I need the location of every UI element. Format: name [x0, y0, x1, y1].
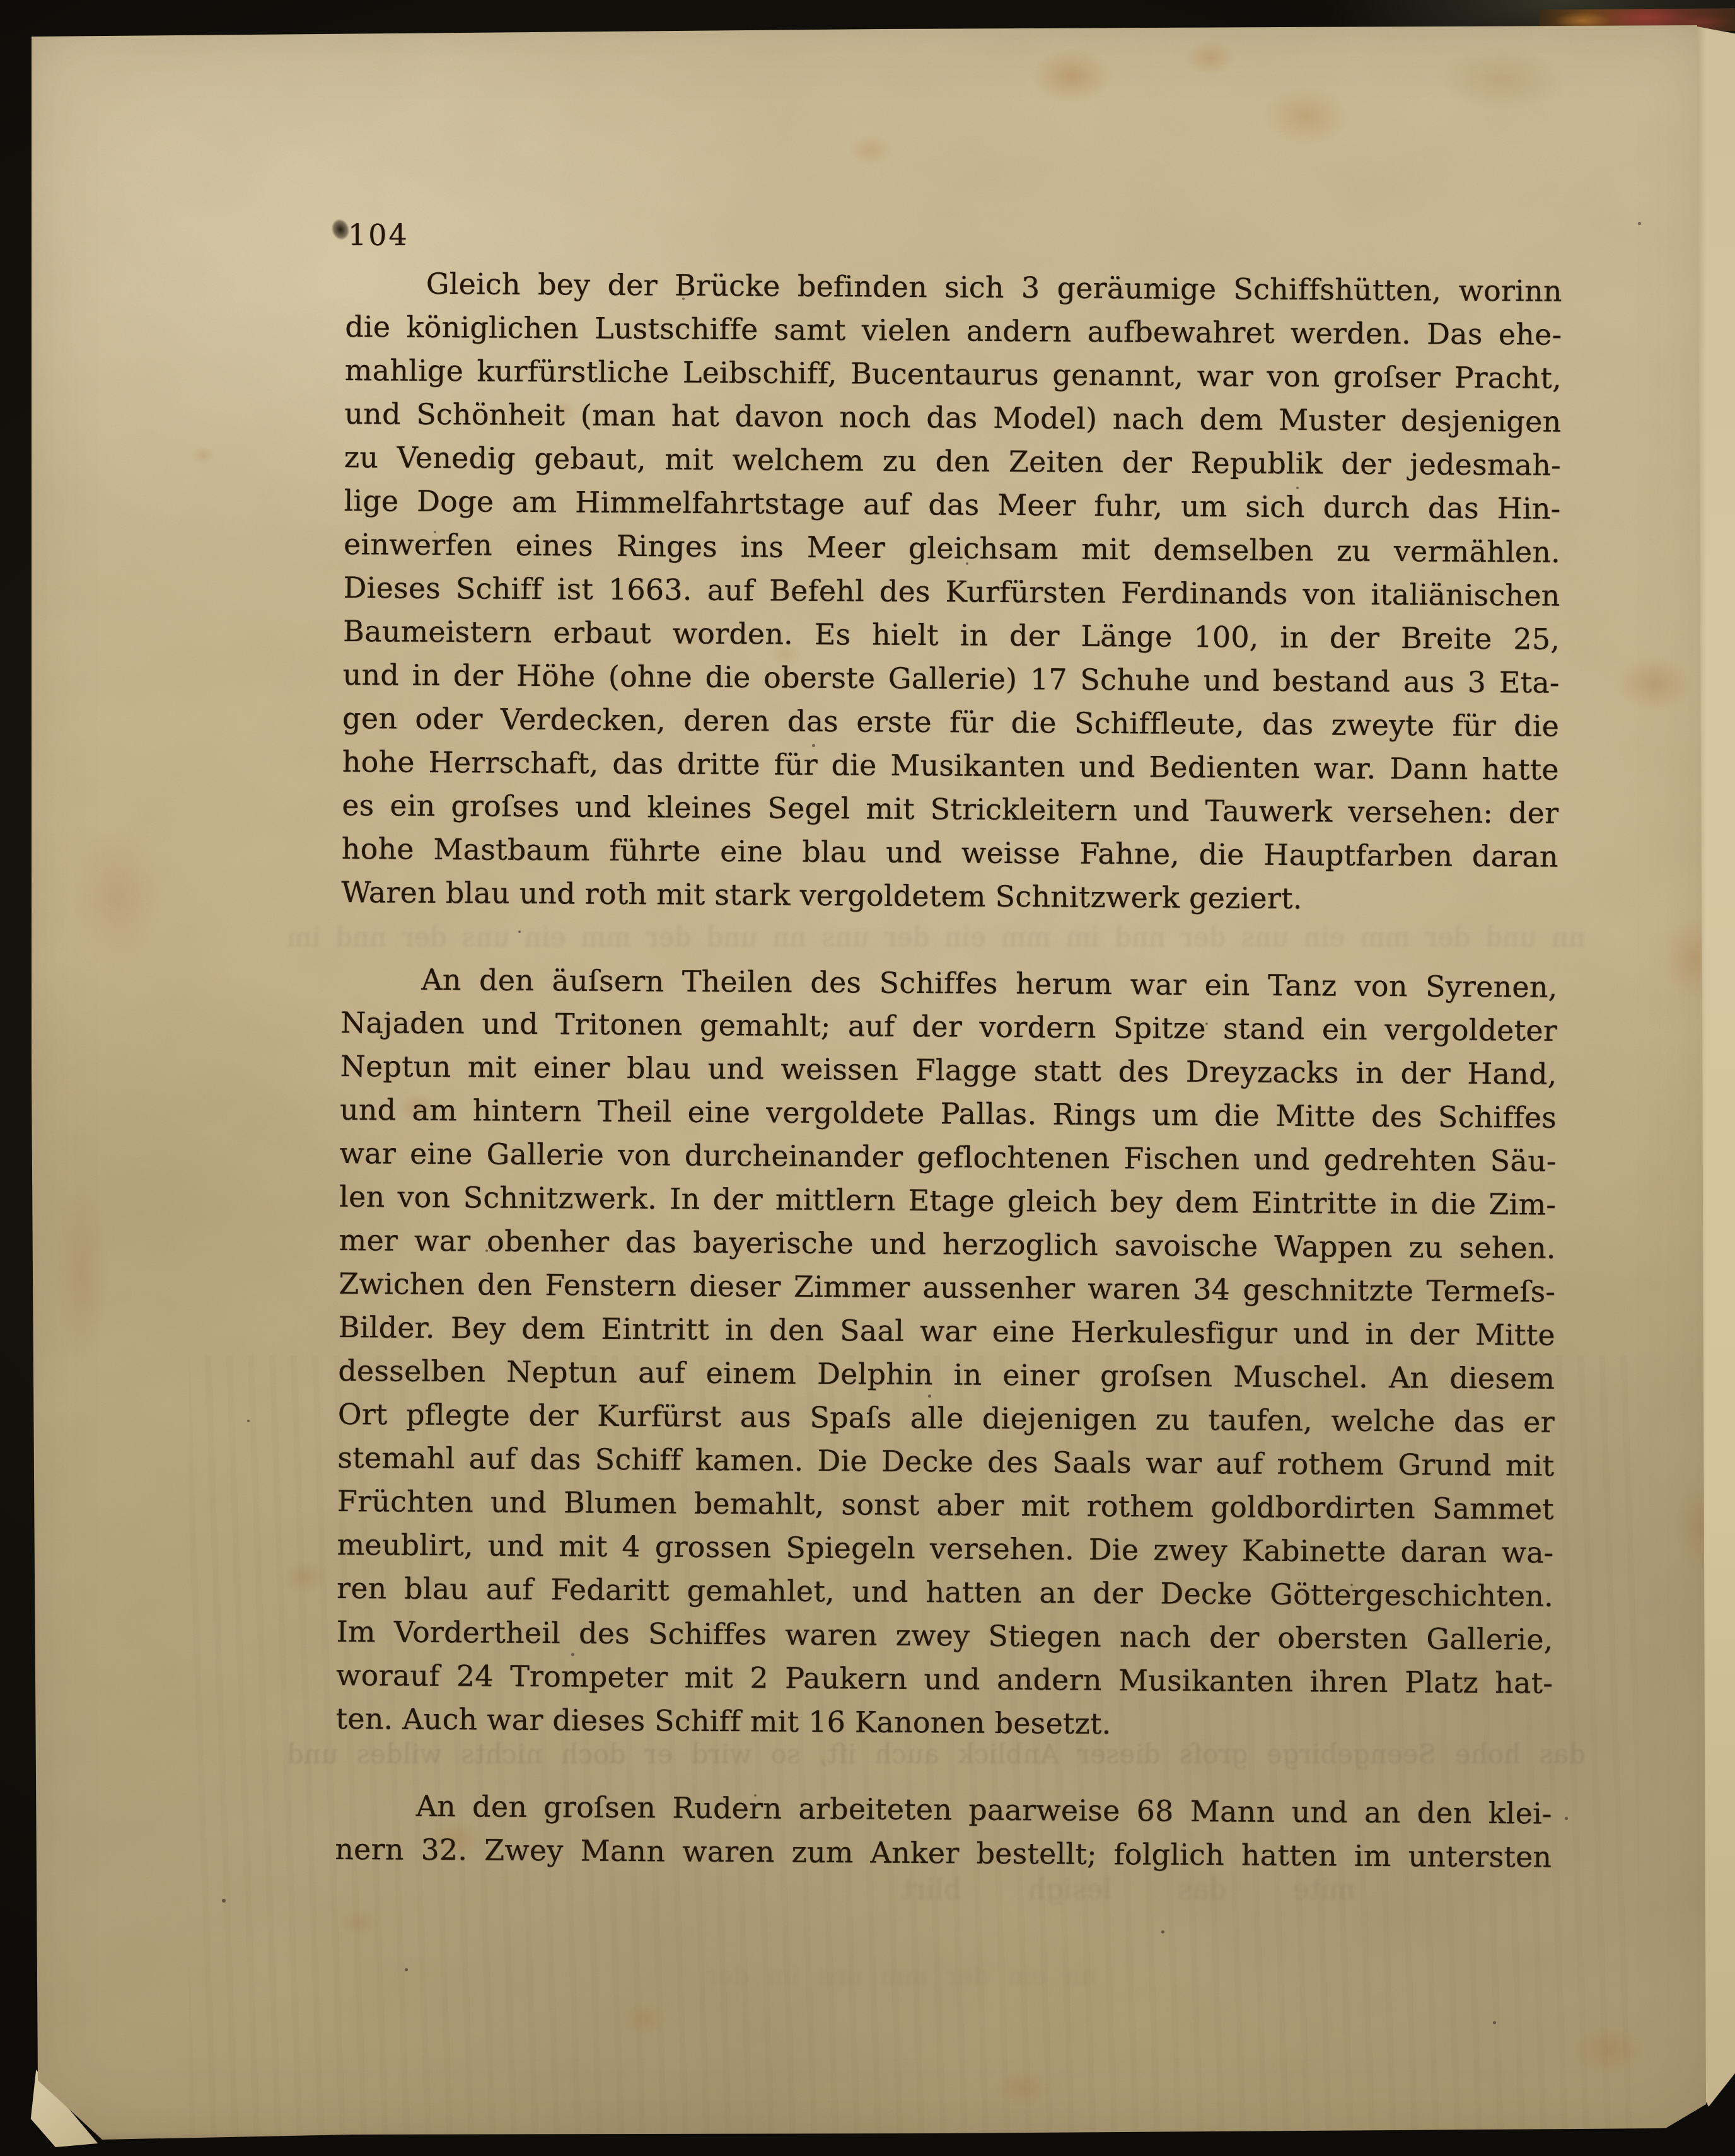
text-line: meublirt, und mit 4 grossen Spiegeln ver… [337, 1523, 1553, 1575]
text-line: hohe Herrschaft, das dritte für die Musi… [342, 740, 1559, 792]
paragraph: An den äuſsern Theilen des Schiffes heru… [335, 958, 1557, 1749]
text-line: Najaden und Tritonen gemahlt; auf der vo… [340, 1001, 1557, 1053]
text-line: und am hintern Theil eine vergoldete Pal… [340, 1088, 1557, 1140]
page-number-text: 104 [348, 218, 409, 252]
text-line: die königlichen Lustschiffe samt vielen … [345, 305, 1562, 357]
text-line: lige Doge am Himmelfahrtstage auf das Me… [344, 479, 1560, 531]
text-line: An den groſsen Rudern arbeiteten paarwei… [335, 1784, 1552, 1836]
text-line: Baumeistern erbaut worden. Es hielt in d… [343, 610, 1560, 661]
text-line: Waren blau und roth mit stark vergoldete… [341, 871, 1558, 922]
text-line: ten. Auch war dieses Schiff mit 16 Kanon… [335, 1697, 1552, 1749]
text-line: Früchten und Blumen bemahlt, sonst aber … [337, 1480, 1554, 1531]
text-line: An den äuſsern Theilen des Schiffes heru… [340, 958, 1557, 1009]
ink-speck [1161, 1930, 1164, 1933]
page-number: 104 [348, 218, 409, 252]
ink-speck [247, 1420, 250, 1422]
paragraph: An den groſsen Rudern arbeiteten paarwei… [335, 1784, 1552, 1879]
text-block: Gleich bey der Brücke befinden sich 3 ge… [335, 262, 1562, 1879]
text-line: war eine Gallerie von durcheinander gefl… [339, 1132, 1556, 1183]
text-line: Neptun mit einer blau und weissen Flagge… [340, 1045, 1557, 1096]
text-line: Bilder. Bey dem Eintritt in den Saal war… [339, 1306, 1555, 1357]
text-line: und in der Höhe (ohne die oberste Galler… [342, 653, 1559, 705]
text-line: einwerfen eines Ringes ins Meer gleichsa… [344, 523, 1560, 574]
text-line: Zwichen den Fenstern dieser Zimmer ausse… [339, 1262, 1555, 1314]
text-line: es ein groſses und kleines Segel mit Str… [342, 784, 1558, 835]
text-line: hohe Mastbaum führte eine blau und weiss… [342, 827, 1558, 879]
text-line: len von Schnitzwerk. In der mittlern Eta… [339, 1175, 1556, 1227]
text-line: und Schönheit (man hat davon noch das Mo… [344, 392, 1561, 444]
text-line: mahlige kurfürstliche Leibschiff, Bucent… [345, 349, 1562, 400]
paragraph: Gleich bey der Brücke befinden sich 3 ge… [341, 262, 1562, 922]
ink-speck [1565, 1817, 1568, 1820]
text-line: stemahl auf das Schiff kamen. Die Decke … [337, 1436, 1554, 1488]
text-line: ren blau auf Fedaritt gemahlet, und hatt… [337, 1567, 1553, 1618]
text-line: Gleich bey der Brücke befinden sich 3 ge… [345, 262, 1562, 313]
text-line: desselben Neptun auf einem Delphin in ei… [338, 1349, 1555, 1401]
text-line: worauf 24 Trompeter mit 2 Paukern und an… [336, 1654, 1553, 1705]
text-line: Ort pflegte der Kurfürst aus Spaſs alle … [338, 1393, 1555, 1444]
ink-speck [222, 1899, 226, 1903]
text-line: Dieses Schiff ist 1663. auf Befehl des K… [343, 566, 1560, 618]
text-line: zu Venedig gebaut, mit welchem zu den Ze… [344, 436, 1561, 487]
ink-speck [405, 1968, 408, 1971]
text-line: nern 32. Zwey Mann waren zum Anker beste… [335, 1828, 1552, 1879]
scan-background: nn und der mm ein uns der nnd im mm ein … [0, 0, 1735, 2156]
ink-speck [1493, 2021, 1496, 2024]
ink-speck [1638, 222, 1641, 225]
book-page: nn und der mm ein uns der nnd im mm ein … [0, 0, 1735, 2156]
text-line: Im Vordertheil des Schiffes waren zwey S… [336, 1610, 1553, 1662]
text-line: mer war obenher das bayerische und herzo… [339, 1219, 1555, 1270]
text-line: gen oder Verdecken, deren das erste für … [342, 697, 1559, 748]
